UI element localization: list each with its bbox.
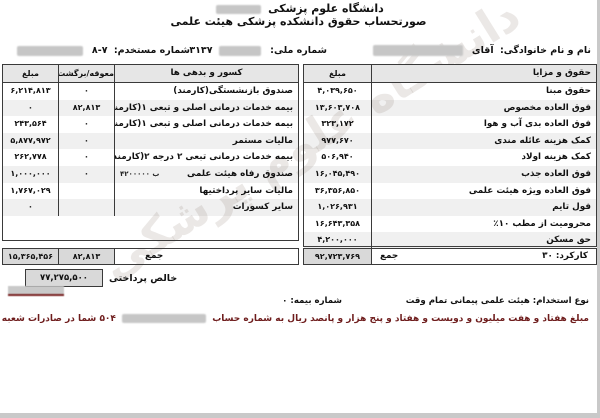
deduction-arrears: ۰: [58, 116, 114, 133]
deduction-row: بیمه خدمات درمانی تبعی ۲ درجه ۲(کارمند)۱…: [3, 149, 298, 166]
benefit-label: فوق العاده ویژه هیئت علمی: [371, 183, 596, 200]
employee-name-label: نام و نام خانوادگی:: [500, 45, 591, 56]
benefit-row: کمک هزینه اولاد۵۰۶,۹۴۰: [304, 149, 596, 166]
benefit-label: فوق العاده بدی آب و هوا: [371, 116, 596, 133]
deduction-note: ب ۴۲۰۰۰۰۰: [120, 166, 159, 183]
benefit-label: کمک هزینه اولاد: [371, 149, 596, 166]
benefit-amount: ۱۶,۰۴۵,۴۹۰: [304, 166, 371, 183]
honorific: آقای: [472, 45, 494, 56]
redacted-employee-number: [17, 46, 83, 56]
national-id-label: شماره ملی:: [270, 45, 327, 56]
benefit-amount: ۹۷۷,۶۷۰: [304, 133, 371, 150]
deductions-total-row: جمع ۸۲,۸۱۳ ۱۵,۳۶۵,۴۵۶: [2, 248, 299, 265]
deduction-label: صندوق رفاه هیئت علمیب ۴۲۰۰۰۰۰: [114, 166, 298, 183]
header: دانشگاه علوم پزشکی صورتحساب حقوق دانشکده…: [0, 2, 597, 28]
deduction-amount: ۰: [3, 199, 58, 216]
deduction-label: صندوق بازنشستگی(کارمند): [114, 83, 298, 100]
benefit-label: حقوق مبنا: [371, 83, 596, 100]
employee-name: نام و نام خانوادگی: آقای: [370, 45, 591, 56]
deduction-label: بیمه خدمات درمانی تبعی ۲ درجه ۲(کارمند)۱…: [114, 149, 298, 166]
deductions-header-amount: مبلغ: [3, 65, 58, 82]
doc-title: صورتحساب حقوق دانشکده پزشکی هیئت علمی: [0, 15, 597, 28]
deduction-amount: ۵,۸۷۷,۹۷۲: [3, 133, 58, 150]
payslip-page: دانشگاه علوم پزشکی دانشگاه علوم پزشکی صو…: [0, 0, 600, 418]
account-no-visible: ۵۰۴: [99, 314, 115, 324]
benefit-row: فول تایم۱,۰۲۶,۹۳۱: [304, 199, 596, 216]
deduction-row: بیمه خدمات درمانی اصلی و تبعی ۱(کارمند)۸…: [3, 100, 298, 117]
deductions-amount-total: ۱۵,۳۶۵,۴۵۶: [3, 249, 58, 264]
redacted-stamp: [8, 286, 64, 296]
deductions-header-arrears: معوقه/برگشت: [58, 65, 114, 82]
benefits-rows: حقوق مبنا۴,۰۳۹,۶۵۰ فوق العاده مخصوص۱۳,۶۰…: [304, 83, 596, 249]
benefit-amount: ۱۳,۶۰۳,۷۰۸: [304, 100, 371, 117]
employment-type: نوع استخدام: هیئت علمی پیمانی تمام وقت: [406, 296, 589, 306]
benefit-row: حقوق مبنا۴,۰۳۹,۶۵۰: [304, 83, 596, 100]
deduction-arrears: ۰: [58, 83, 114, 100]
redacted-city: [216, 5, 261, 14]
benefit-label: فول تایم: [371, 199, 596, 216]
benefit-row: محرومیت از مطب ۱۰٪۱۶,۶۴۳,۳۵۸: [304, 216, 596, 233]
deduction-label: مالیات سایر پرداختیها: [114, 183, 298, 200]
national-id: شماره ملی: ۳۱۳۷: [186, 45, 327, 56]
benefit-row: فوق العاده ویژه هیئت علمی۳۶,۳۵۶,۸۵۰: [304, 183, 596, 200]
redacted-account: [122, 314, 206, 323]
benefits-total-labels: کارکرد: ۳۰ جمع: [371, 249, 596, 264]
deduction-arrears: [58, 183, 114, 200]
redacted-national-id: [219, 46, 261, 56]
deductions-header: کسور و بدهی ها معوقه/برگشت مبلغ: [3, 65, 298, 83]
deduction-amount: ۲۶۲,۷۷۸: [3, 149, 58, 166]
deductions-table: کسور و بدهی ها معوقه/برگشت مبلغ صندوق با…: [2, 64, 299, 241]
deduction-arrears: [58, 199, 114, 216]
benefit-label: محرومیت از مطب ۱۰٪: [371, 216, 596, 233]
deduction-row: مالیات سایر پرداختیها۱,۷۶۷,۰۲۹: [3, 183, 298, 200]
deduction-row: صندوق بازنشستگی(کارمند)۰۶,۲۱۴,۸۱۳: [3, 83, 298, 100]
deduction-row: بیمه خدمات درمانی اصلی و تبعی ۱(کارمند)۴…: [3, 116, 298, 133]
deduction-arrears: ۰: [58, 149, 114, 166]
employee-number: شماره مستخدم: ۷-۸: [14, 45, 190, 56]
deduction-row: سایر کسورات۰: [3, 199, 298, 216]
redacted-name: [373, 45, 463, 56]
bank-deposit-line: مبلغ هفتاد و هفت میلیون و دویست و هفتاد …: [8, 314, 589, 324]
deductions-arrears-total: ۸۲,۸۱۳: [58, 249, 114, 264]
deduction-label: بیمه خدمات درمانی اصلی و تبعی ۱(کارمند)۴…: [114, 116, 298, 133]
benefit-amount: ۳۶,۳۵۶,۸۵۰: [304, 183, 371, 200]
deduction-amount: ۰: [3, 100, 58, 117]
benefit-amount: ۱۶,۶۴۳,۳۵۸: [304, 216, 371, 233]
benefit-amount: ۴,۲۰۰,۰۰۰: [304, 232, 371, 249]
deductions-header-title: کسور و بدهی ها: [114, 65, 298, 82]
benefit-row: فوق العاده بدی آب و هوا۳۲۳,۱۷۲: [304, 116, 596, 133]
insurance-number: شماره بیمه: ۰: [282, 296, 342, 306]
net-pay: خالص پرداختی ۷۷,۲۷۵,۵۰۰: [25, 269, 177, 287]
deduction-arrears: ۰: [58, 133, 114, 150]
benefits-header: حقوق و مزایا مبلغ: [304, 65, 596, 83]
bank-deposit-text-post: شما در صادرات شعبه مرکزی(سپهرکارت) واریز…: [0, 314, 96, 324]
deduction-amount: ۱,۷۶۷,۰۲۹: [3, 183, 58, 200]
deduction-label: مالیات مستمر: [114, 133, 298, 150]
deduction-amount: ۱,۰۰۰,۰۰۰: [3, 166, 58, 183]
national-id-visible: ۳۱۳۷: [189, 45, 212, 56]
benefit-amount: ۴,۰۳۹,۶۵۰: [304, 83, 371, 100]
bank-deposit-text-pre: مبلغ هفتاد و هفت میلیون و دویست و هفتاد …: [212, 314, 589, 324]
employee-number-label: شماره مستخدم:: [114, 45, 190, 56]
benefits-total-row: کارکرد: ۳۰ جمع ۹۲,۷۲۳,۷۶۹: [303, 248, 597, 265]
work-days: کارکرد: ۳۰: [542, 249, 588, 264]
benefit-amount: ۱,۰۲۶,۹۳۱: [304, 199, 371, 216]
deduction-label: سایر کسورات: [114, 199, 298, 216]
benefits-table: حقوق و مزایا مبلغ حقوق مبنا۴,۰۳۹,۶۵۰ فوق…: [303, 64, 597, 247]
deduction-arrears: ۰: [58, 166, 114, 183]
benefit-label: فوق العاده مخصوص: [371, 100, 596, 117]
deduction-row: مالیات مستمر۰۵,۸۷۷,۹۷۲: [3, 133, 298, 150]
benefit-label: کمک هزینه عائله مندی: [371, 133, 596, 150]
net-pay-amount: ۷۷,۲۷۵,۵۰۰: [25, 269, 103, 287]
net-pay-label: خالص پرداختی: [109, 273, 177, 284]
benefit-row: فوق العاده مخصوص۱۳,۶۰۳,۷۰۸: [304, 100, 596, 117]
deduction-label: بیمه خدمات درمانی اصلی و تبعی ۱(کارمند): [114, 100, 298, 117]
benefits-total-label: جمع: [380, 249, 398, 264]
org-title: دانشگاه علوم پزشکی: [268, 2, 384, 15]
deductions-rows: صندوق بازنشستگی(کارمند)۰۶,۲۱۴,۸۱۳ بیمه خ…: [3, 83, 298, 216]
employee-number-visible: ۷-۸: [92, 45, 108, 56]
deduction-amount: ۲۴۳,۵۶۴: [3, 116, 58, 133]
benefits-header-amount: مبلغ: [304, 65, 371, 82]
deduction-row: صندوق رفاه هیئت علمیب ۴۲۰۰۰۰۰۰۱,۰۰۰,۰۰۰: [3, 166, 298, 183]
benefit-label: فوق العاده جذب: [371, 166, 596, 183]
deductions-total-label: جمع: [114, 249, 298, 264]
benefits-total-amount: ۹۲,۷۲۳,۷۶۹: [304, 249, 371, 264]
benefit-row: حق مسکن۴,۲۰۰,۰۰۰: [304, 232, 596, 249]
benefit-label: حق مسکن: [371, 232, 596, 249]
benefit-row: فوق العاده جذب۱۶,۰۴۵,۴۹۰: [304, 166, 596, 183]
deduction-amount: ۶,۲۱۴,۸۱۳: [3, 83, 58, 100]
benefits-header-title: حقوق و مزایا: [371, 65, 596, 82]
benefit-amount: ۳۲۳,۱۷۲: [304, 116, 371, 133]
benefit-row: کمک هزینه عائله مندی۹۷۷,۶۷۰: [304, 133, 596, 150]
benefit-amount: ۵۰۶,۹۴۰: [304, 149, 371, 166]
deduction-arrears: ۸۲,۸۱۳: [58, 100, 114, 117]
